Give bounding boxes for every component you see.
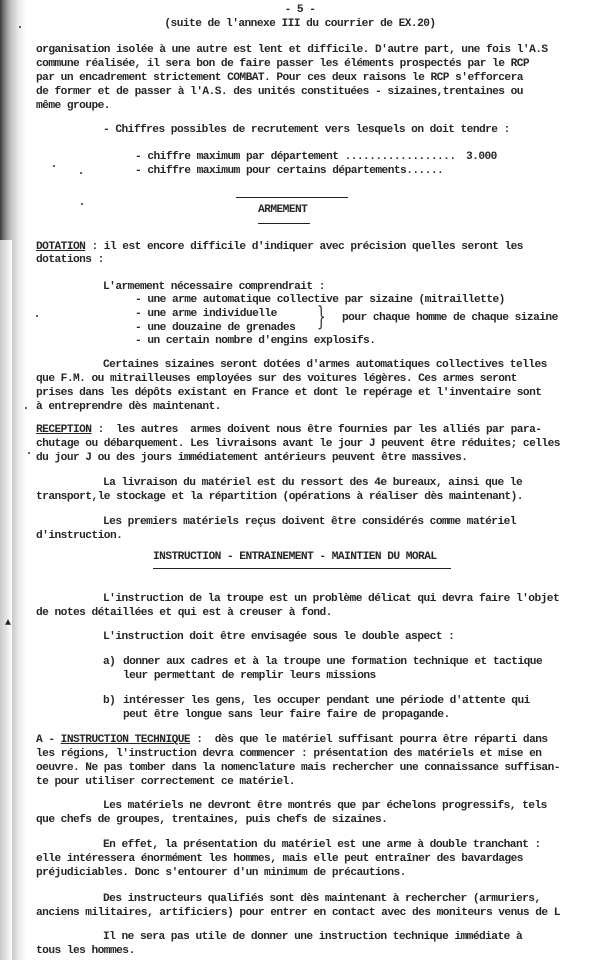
instruction-technique-prefix: A -: [36, 734, 61, 746]
dotation-label: DOTATION: [36, 241, 85, 253]
aspect-marker: a): [103, 656, 115, 669]
recruitment-item-label: - chiffre maximum par département ......…: [135, 151, 456, 164]
dotation-intro: L'armement nécessaire comprendrait :: [103, 281, 325, 294]
dotation-brace-note: pour chaque homme de chaque sizaine: [342, 312, 558, 325]
paragraph-line: Les premiers matériels reçus doivent êtr…: [103, 516, 516, 529]
paragraph-line: Des instructeurs qualifiés sont dès main…: [103, 893, 541, 906]
recruitment-heading: - Chiffres possibles de recrutement vers…: [103, 124, 510, 137]
instruction-technique-line: oeuvre. Ne pas tomber dans la nomenclatu…: [36, 762, 560, 775]
reception-text: : les autres armes doivent nous être fou…: [91, 424, 541, 436]
paragraph-line: que chefs de groupes, trentaines, puis c…: [36, 814, 387, 827]
paragraph-line: transport,le stockage et la répartition …: [36, 491, 523, 504]
section-title-armement: ARMEMENT: [258, 204, 307, 217]
scan-mark: ▲: [5, 618, 11, 629]
paragraph-line: anciens militaires, artificiers) pour en…: [36, 907, 560, 920]
paragraph-line: que F.M. ou mitrailleuses employées sur …: [36, 373, 517, 386]
paragraph-line: à entreprendre dès maintenant.: [36, 401, 221, 414]
document-page: - 5 - (suite de l'annexe III du courrier…: [0, 0, 600, 960]
scan-speck: [80, 172, 82, 174]
paragraph-line: L'instruction de la troupe est un problè…: [103, 593, 559, 606]
reception-label: RECEPTION: [36, 424, 91, 436]
intro-line: commune réalisée, il sera bon de faire p…: [36, 58, 529, 71]
paragraph-line: Les matériels ne devront être montrés qu…: [103, 800, 547, 813]
dotation-item: - un certain nombre d'engins explosifs.: [135, 335, 375, 348]
paragraph-line: Il ne sera pas utile de donner une instr…: [103, 931, 522, 944]
aspect-marker: b): [103, 695, 115, 708]
aspect-line: intéresser les gens, les occuper pendant…: [123, 695, 530, 708]
aspect-line: donner aux cadres et à la troupe une for…: [123, 656, 542, 669]
paragraph-line: de notes détaillées et qui est à creuser…: [36, 607, 332, 620]
paragraph-line: Certaines sizaines seront dotées d'armes…: [103, 359, 547, 372]
paragraph-line: L'instruction doit être envisagée sous l…: [103, 631, 454, 644]
section-rule-bottom: [153, 568, 451, 569]
aspect-line: leur permettant de remplir leurs mission…: [123, 670, 376, 683]
instruction-technique-label: INSTRUCTION TECHNIQUE: [61, 734, 190, 746]
scan-speck: [81, 203, 83, 205]
reception-paragraph: RECEPTION : les autres armes doivent nou…: [36, 424, 541, 437]
instruction-technique-text: : dès que le matériel suffisant pourra ê…: [190, 734, 548, 746]
scan-speck: [28, 452, 30, 454]
scan-speck: [53, 165, 55, 167]
instruction-technique-line: les régions, l'instruction devra commenc…: [36, 748, 541, 761]
dotation-text: : il est encore difficile d'indiquer ave…: [85, 241, 523, 253]
paragraph-line: préjudiciables. Donc s'entourer d'un min…: [36, 867, 406, 880]
dotation-item: - une douzaine de grenades: [135, 322, 295, 335]
scan-speck: [36, 315, 38, 317]
paragraph-line: En effet, la présentation du matériel es…: [103, 839, 541, 852]
dotation-paragraph: DOTATION : il est encore difficile d'ind…: [36, 241, 523, 254]
intro-line: par un encadrement strictement COMBAT. P…: [36, 72, 523, 85]
paragraph-line: elle intéressera énormément les hommes, …: [36, 853, 523, 866]
instruction-technique-paragraph: A - INSTRUCTION TECHNIQUE : dès que le m…: [36, 734, 548, 747]
section-title-instruction: INSTRUCTION - ENTRAINEMENT - MAINTIEN DU…: [153, 551, 437, 564]
recruitment-item-label: - chiffre maximum pour certains départem…: [135, 165, 443, 178]
section-rule-top: [236, 197, 348, 198]
recruitment-item-value: 3.000: [466, 151, 497, 164]
brace-symbol: }: [317, 304, 326, 330]
dotation-item: - une arme individuelle: [135, 308, 277, 321]
intro-line: de former et de passer à l'A.S. des unit…: [36, 86, 523, 99]
intro-line: organisation isolée à une autre est lent…: [36, 44, 548, 57]
page-subtitle: (suite de l'annexe III du courrier de EX…: [0, 18, 600, 31]
scan-speck: [25, 407, 27, 409]
reception-line: du jour J ou des jours immédiatement ant…: [36, 452, 467, 465]
paragraph-line: prises dans les dépôts existant en Franc…: [36, 387, 541, 400]
reception-line: chutage ou débarquement. Les livraisons …: [36, 438, 560, 451]
paragraph-line: tous les hommes.: [36, 945, 135, 958]
paragraph-line: La livraison du matériel est du ressort …: [103, 477, 522, 490]
section-rule-bottom: [258, 223, 310, 224]
paragraph-line: d'instruction.: [36, 530, 122, 543]
aspect-line: peut être longue sans leur faire faire d…: [123, 709, 450, 722]
scan-speck: [19, 26, 21, 28]
intro-line: même groupe.: [36, 100, 110, 113]
dotation-line: dotations :: [36, 254, 104, 267]
page-number: - 5 -: [0, 4, 600, 17]
instruction-technique-line: te pour utiliser correctement ce matérie…: [36, 776, 295, 789]
